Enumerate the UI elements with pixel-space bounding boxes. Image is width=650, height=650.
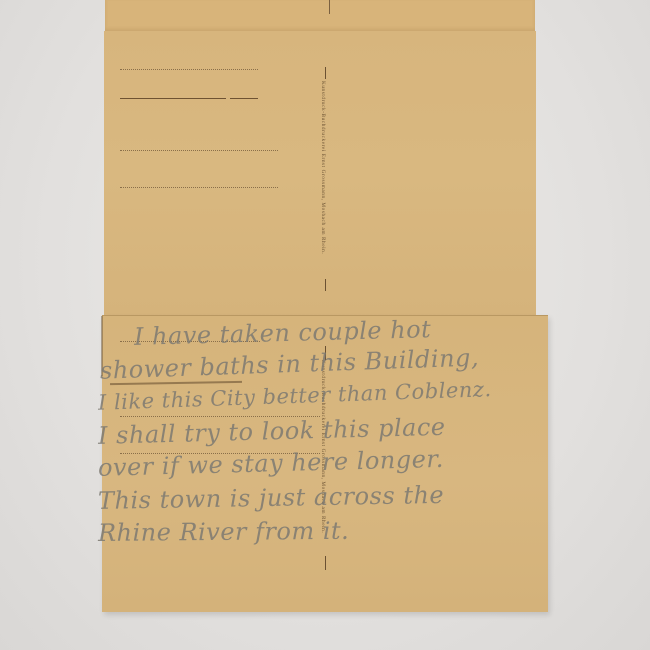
upper-divider-bottom [325,279,326,291]
handwriting-line-7: Rhine River from it. [92,513,532,549]
address-line-4 [120,187,278,188]
address-line-2b [230,98,258,99]
upper-printer-imprint: Kunstdruck-Buchdruckerei Ernst Grossmann… [320,81,326,291]
address-line-3 [120,150,278,151]
upper-divider-top [325,67,326,79]
postcard-top-flap [105,0,535,32]
pencil-handwritten-message: I have taken couple hot shower baths in … [92,322,532,550]
address-line-2 [120,98,226,99]
lower-divider-bottom [325,556,326,570]
handwriting-line-6: This town is just across the [92,477,533,517]
address-line-1 [120,69,258,70]
photo-scene: Kunstdruck-Buchdruckerei Ernst Grossmann… [0,0,650,650]
top-flap-divider-mark [329,0,330,14]
postcard-upper-panel: Kunstdruck-Buchdruckerei Ernst Grossmann… [104,31,536,315]
